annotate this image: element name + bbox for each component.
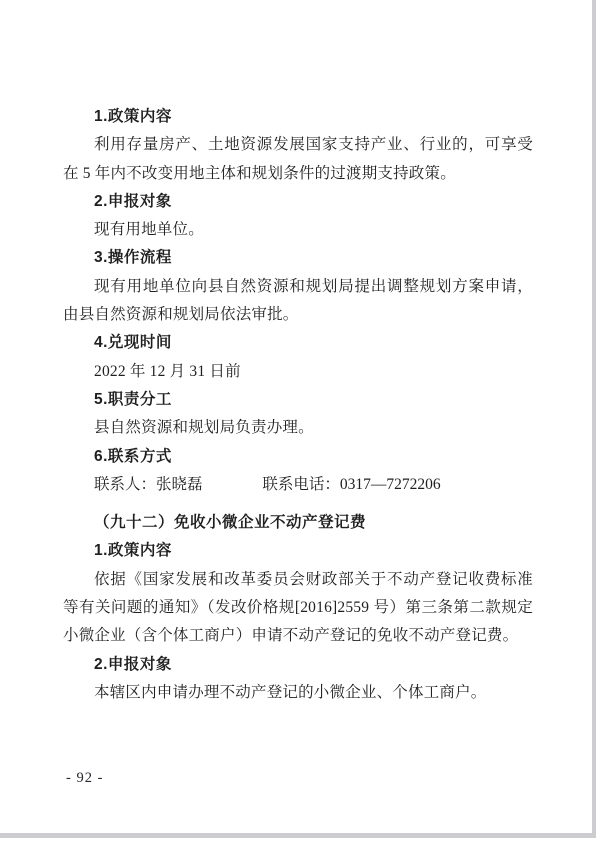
- page-number: - 92 -: [66, 768, 103, 788]
- numbered-heading-responsibility: 5.职责分工: [94, 386, 533, 414]
- document-body: 1.政策内容 利用存量房产、土地资源发展国家支持产业、行业的，可享受在 5 年内…: [63, 103, 533, 707]
- page-right-edge: [592, 0, 596, 838]
- contact-line: 联系人：张晓磊 联系电话：0317—7272206: [63, 471, 533, 499]
- page-bottom-edge: [0, 833, 593, 838]
- numbered-heading-deadline: 4.兑现时间: [94, 329, 533, 357]
- document-page: 1.政策内容 利用存量房产、土地资源发展国家支持产业、行业的，可享受在 5 年内…: [0, 0, 596, 841]
- numbered-heading-applicants: 2.申报对象: [94, 651, 533, 679]
- body-paragraph: 现有用地单位向县自然资源和规划局提出调整规划方案申请，由县自然资源和规划局依法审…: [63, 273, 533, 330]
- numbered-heading-procedure: 3.操作流程: [94, 244, 533, 272]
- section-title-92: （九十二）免收小微企业不动产登记费: [94, 509, 533, 537]
- body-paragraph: 依据《国家发展和改革委员会财政部关于不动产登记收费标准等有关问题的通知》（发改价…: [63, 566, 533, 651]
- body-paragraph: 本辖区内申请办理不动产登记的小微企业、个体工商户。: [63, 679, 533, 707]
- contact-person: 联系人：张晓磊: [94, 476, 203, 493]
- contact-phone: 联系电话：0317—7272206: [262, 476, 440, 493]
- body-paragraph: 利用存量房产、土地资源发展国家支持产业、行业的，可享受在 5 年内不改变用地主体…: [63, 131, 533, 188]
- numbered-heading-applicants: 2.申报对象: [94, 188, 533, 216]
- numbered-heading-policy-content: 1.政策内容: [94, 103, 533, 131]
- numbered-heading-policy-content: 1.政策内容: [94, 537, 533, 565]
- body-paragraph: 2022 年 12 月 31 日前: [63, 358, 533, 386]
- numbered-heading-contact: 6.联系方式: [94, 443, 533, 471]
- body-paragraph: 县自然资源和规划局负责办理。: [63, 414, 533, 442]
- body-paragraph: 现有用地单位。: [63, 216, 533, 244]
